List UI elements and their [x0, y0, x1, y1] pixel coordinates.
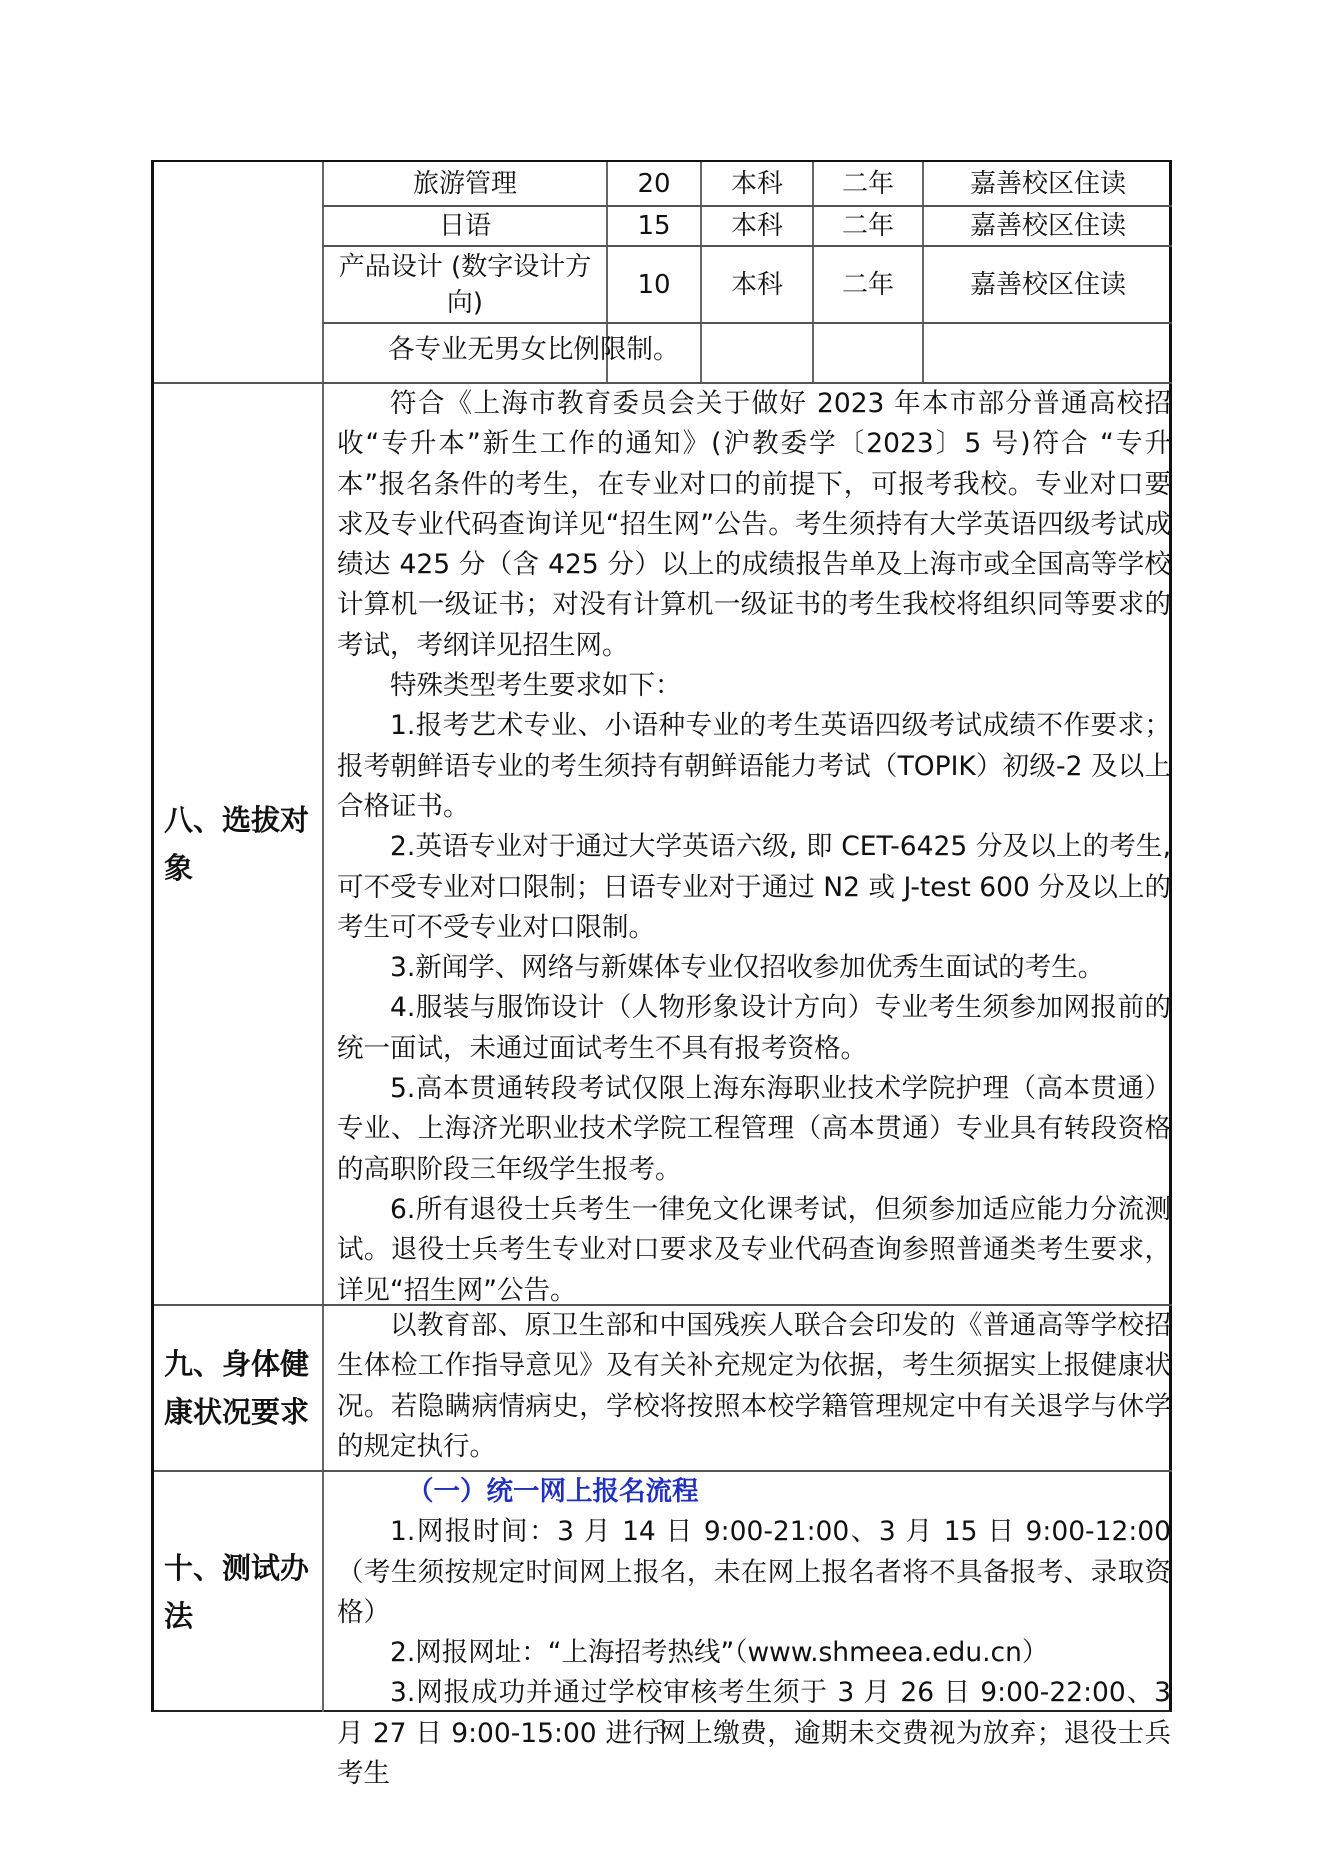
- major-quota: 15: [608, 207, 700, 245]
- major-quota: 20: [608, 162, 700, 205]
- paragraph: 符合《上海市教育委员会关于做好 2023 年本市部分普通高校招收“专升本”新生工…: [337, 384, 1171, 666]
- paragraph: 2.英语专业对于通过大学英语六级, 即 CET-6425 分及以上的考生, 可不…: [337, 827, 1171, 948]
- paragraph: 特殊类型考生要求如下：: [337, 666, 1171, 706]
- paragraph: 以教育部、原卫生部和中国残疾人联合会印发的《普通高等学校招生体检工作指导意见》及…: [337, 1306, 1171, 1467]
- subheading-online-registration: （一）统一网上报名流程: [337, 1472, 1171, 1512]
- row-divider: [322, 322, 1172, 324]
- paragraph: 6.所有退役士兵考生一律免文化课考试，但须参加适应能力分流测试。退役士兵考生专业…: [337, 1190, 1171, 1311]
- paragraph: 1.报考艺术专业、小语种专业的考生英语四级考试成绩不作要求；报考朝鲜语专业的考生…: [337, 706, 1171, 827]
- major-level: 本科: [702, 162, 812, 205]
- major-level: 本科: [702, 207, 812, 245]
- section-10-body: （一）统一网上报名流程 1.网报时间：3 月 14 日 9:00-21:00、3…: [337, 1472, 1171, 1794]
- section-9-label: 九、身体健康状况要求: [164, 1306, 314, 1470]
- section-8-body: 符合《上海市教育委员会关于做好 2023 年本市部分普通高校招收“专升本”新生工…: [337, 384, 1171, 1311]
- document-page: 旅游管理 20 本科 二年 嘉善校区住读 日语 15 本科 二年 嘉善校区住读 …: [0, 0, 1322, 1871]
- major-name: 产品设计 (数字设计方向): [330, 247, 600, 322]
- page-number: 3: [0, 1716, 1322, 1738]
- gender-ratio-note: 各专业无男女比例限制。: [335, 330, 1169, 370]
- major-campus: 嘉善校区住读: [924, 162, 1172, 205]
- major-duration: 二年: [814, 207, 922, 245]
- major-name: 日语: [324, 207, 606, 245]
- major-campus: 嘉善校区住读: [924, 207, 1172, 245]
- paragraph: 5.高本贯通转段考试仅限上海东海职业技术学院护理（高本贯通）专业、上海济光职业技…: [337, 1069, 1171, 1190]
- major-duration: 二年: [814, 247, 922, 322]
- major-duration: 二年: [814, 162, 922, 205]
- section-10-label: 十、测试办法: [164, 1472, 314, 1712]
- paragraph: 1.网报时间：3 月 14 日 9:00-21:00、3 月 15 日 9:00…: [337, 1512, 1171, 1633]
- section-8-label: 八、选拔对象: [164, 384, 324, 1304]
- major-level: 本科: [702, 247, 812, 322]
- paragraph: 4.服装与服饰设计（人物形象设计方向）专业考生须参加网报前的统一面试，未通过面试…: [337, 988, 1171, 1069]
- section-9-body: 以教育部、原卫生部和中国残疾人联合会印发的《普通高等学校招生体检工作指导意见》及…: [337, 1306, 1171, 1467]
- major-name: 旅游管理: [324, 162, 606, 205]
- major-quota: 10: [608, 247, 700, 322]
- paragraph: 2.网报网址：“上海招考热线”（www.shmeea.edu.cn）: [337, 1633, 1171, 1673]
- major-campus: 嘉善校区住读: [924, 247, 1172, 322]
- admissions-table: 旅游管理 20 本科 二年 嘉善校区住读 日语 15 本科 二年 嘉善校区住读 …: [151, 160, 1172, 1712]
- paragraph: 3.新闻学、网络与新媒体专业仅招收参加优秀生面试的考生。: [337, 948, 1171, 988]
